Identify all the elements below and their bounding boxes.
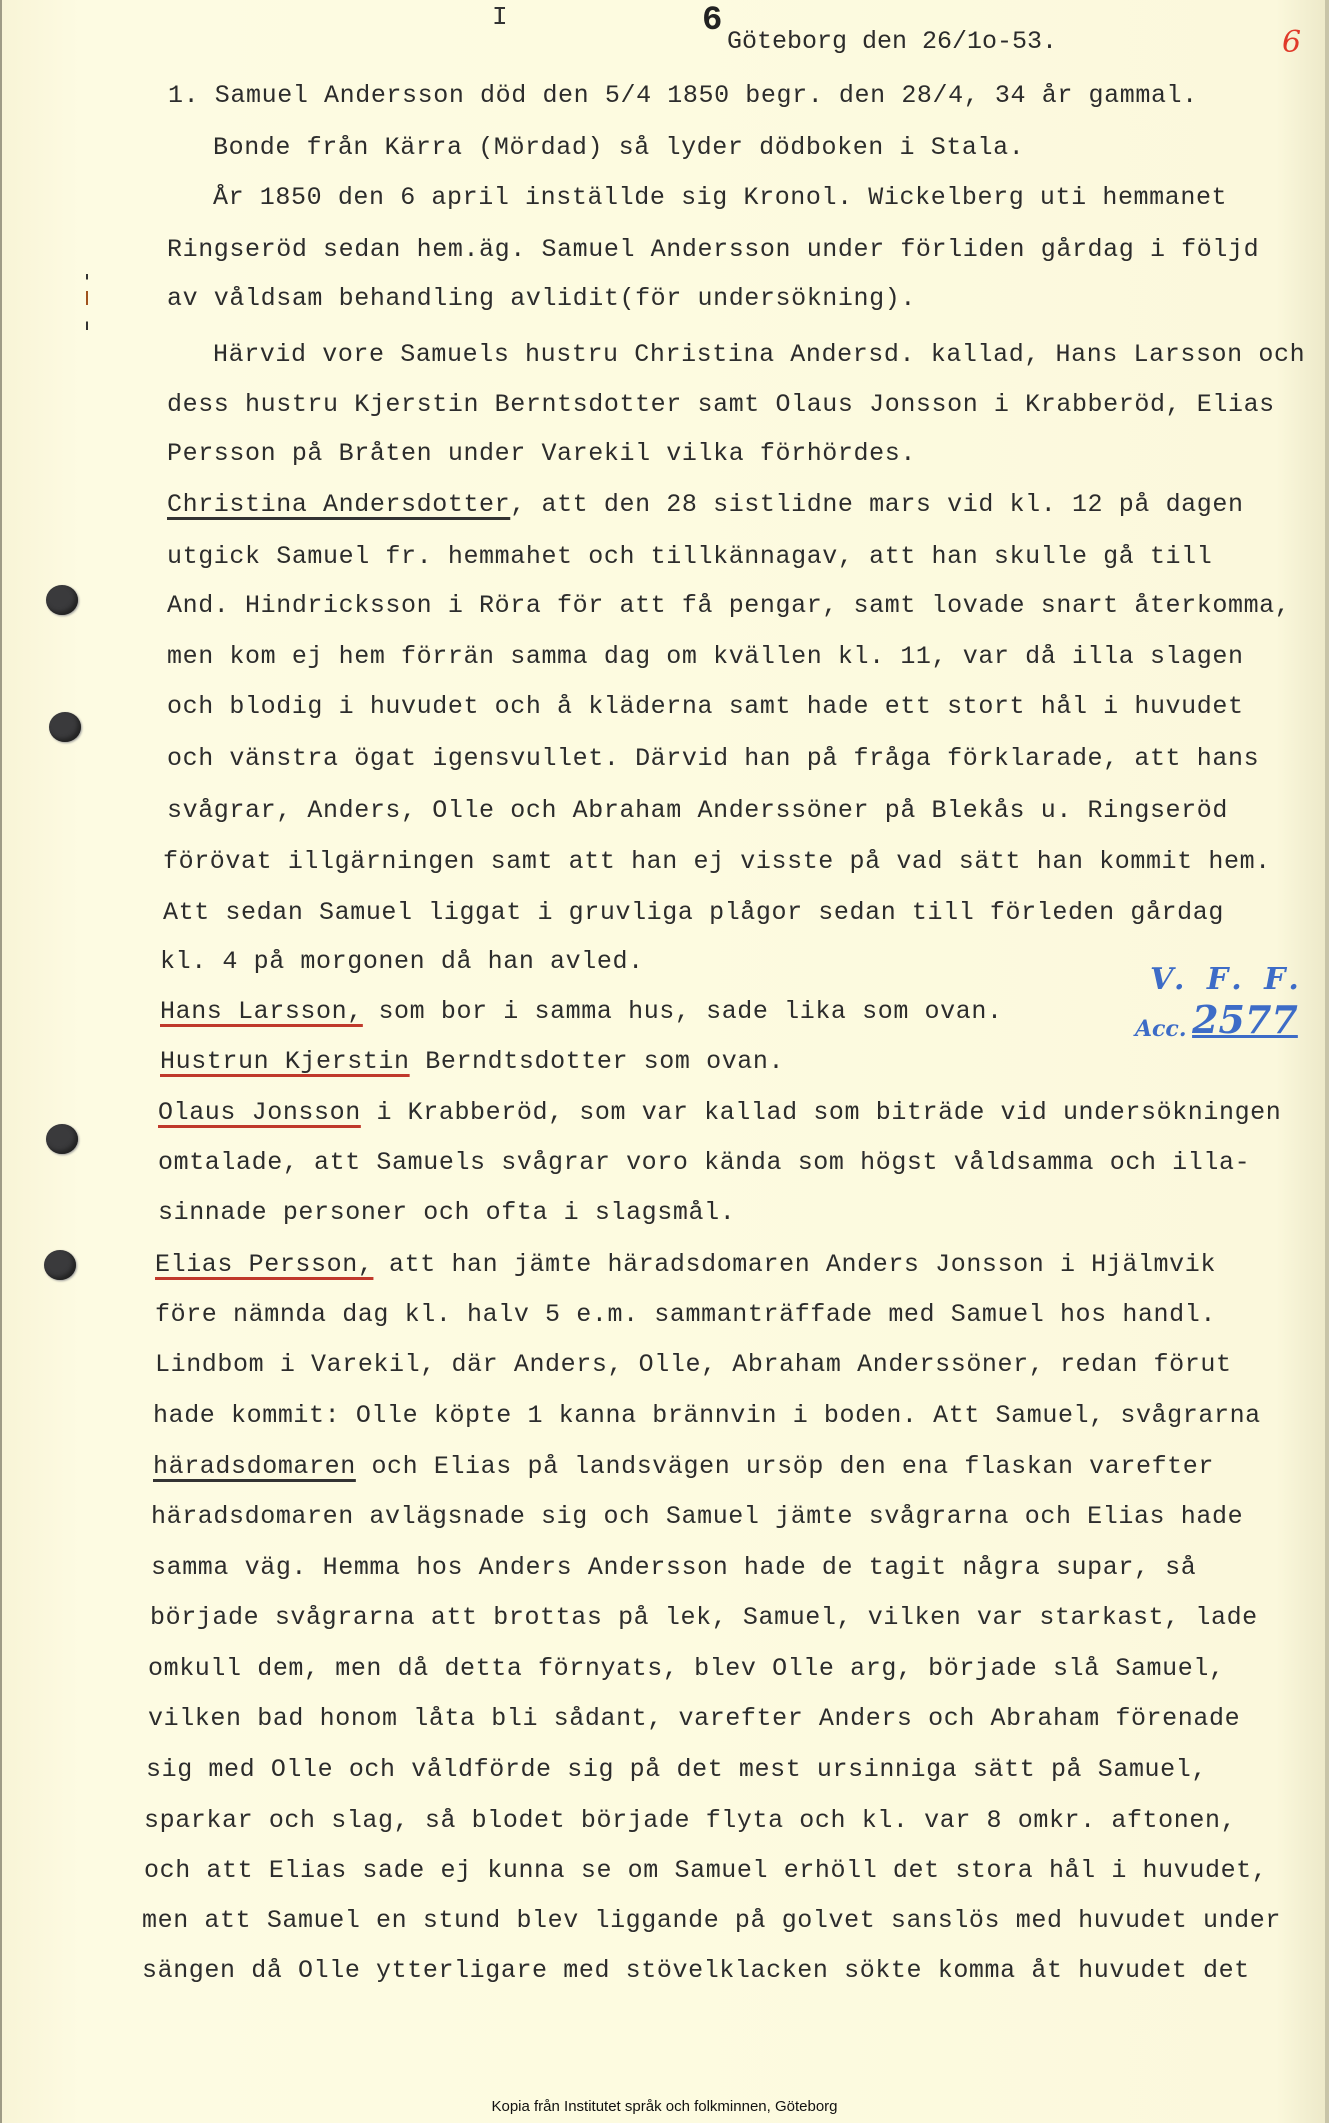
text-line: började svågrarna att brottas på lek, Sa… [150,1603,1258,1632]
witness-name: Olaus Jonsson [158,1098,361,1127]
text-line: häradsdomaren avlägsnade sig och Samuel … [151,1502,1243,1531]
text-line: omtalade, att Samuels svågrar voro kända… [158,1148,1250,1177]
text-line: sängen då Olle ytterligare med stövelkla… [142,1956,1250,1985]
text-line: Härvid vore Samuels hustru Christina And… [213,340,1305,369]
roman-numeral: I [492,2,508,32]
stamp-line-1: V. F. F. [1150,962,1305,997]
text-line: And. Hindricksson i Röra för att få peng… [167,591,1290,620]
text-line: förövat illgärningen samt att han ej vis… [163,847,1271,876]
scan-left-edge [0,0,2,2123]
text-line: och att Elias sade ej kunna se om Samuel… [144,1856,1267,1885]
text-line: Ringseröd sedan hem.äg. Samuel Andersson… [167,235,1259,264]
text-line: och blodig i huvudet och å kläderna samt… [167,692,1244,721]
underlined-word: häradsdomaren [153,1452,356,1481]
text-line: kl. 4 på morgonen då han avled. [160,947,644,976]
text-line: sinnade personer och ofta i slagsmål. [158,1198,735,1227]
witness-name: Elias Persson, [155,1250,373,1279]
punch-hole-icon [46,585,78,615]
copy-footer: Kopia från Institutet språk och folkminn… [0,2098,1329,2115]
text-line: vilken bad honom låta bli sådant, vareft… [148,1704,1240,1733]
text-line: och vänstra ögat igensvullet. Därvid han… [167,744,1259,773]
text-line: häradsdomaren och Elias på landsvägen ur… [153,1452,1214,1481]
witness-name: Christina Andersdotter [167,490,510,519]
punch-hole-icon [46,1124,78,1154]
text-line: Elias Persson, att han jämte häradsdomar… [155,1250,1216,1279]
text-line: sig med Olle och våldförde sig på det me… [146,1755,1207,1784]
stamp-prefix: Acc. [1135,1016,1187,1042]
punch-hole-icon [49,712,81,742]
text-line: Att sedan Samuel liggat i gruvliga plågo… [163,898,1224,927]
text-line: Persson på Bråten under Varekil vilka fö… [167,439,916,468]
handwritten-page-number: 6 [1282,25,1301,60]
text-line: omkull dem, men då detta förnyats, blev … [148,1654,1225,1683]
margin-mark [86,274,88,330]
text-line: Bonde från Kärra (Mördad) så lyder dödbo… [213,133,1024,162]
text-line: dess hustru Kjerstin Berntsdotter samt O… [167,390,1275,419]
archive-stamp: V. F. F. Acc. 2577 [1128,962,1305,1042]
scan-right-edge [1325,0,1329,2123]
text-line: men att Samuel en stund blev liggande på… [142,1906,1281,1935]
text-line: samma väg. Hemma hos Anders Andersson ha… [151,1553,1196,1582]
stamp-number: 2577 [1192,997,1298,1042]
typed-page-number: 6 [702,2,722,40]
witness-name: Hustrun Kjerstin [160,1047,410,1076]
text-line: 1. Samuel Andersson död den 5/4 1850 beg… [168,81,1198,110]
text-line: År 1850 den 6 april inställde sig Kronol… [213,183,1227,212]
text-line: Christina Andersdotter, att den 28 sistl… [167,490,1244,519]
text-line: Olaus Jonsson i Krabberöd, som var kalla… [158,1098,1281,1127]
document-page: I 6 Göteborg den 26/1o-53. 6 1. Samuel A… [0,0,1329,2123]
text-line: av våldsam behandling avlidit(för unders… [167,284,916,313]
text-line: sparkar och slag, så blodet började flyt… [144,1806,1236,1835]
text-line: hade kommit: Olle köpte 1 kanna brännvin… [153,1401,1261,1430]
text-line: utgick Samuel fr. hemmahet och tillkänna… [167,542,1212,571]
text-line: svågrar, Anders, Olle och Abraham Anders… [167,796,1228,825]
text-line: Lindbom i Varekil, där Anders, Olle, Abr… [155,1350,1232,1379]
text-line: före nämnda dag kl. halv 5 e.m. sammantr… [155,1300,1216,1329]
punch-hole-icon [44,1250,76,1280]
date-line: Göteborg den 26/1o-53. [727,27,1057,56]
text-line: Hustrun Kjerstin Berndtsdotter som ovan. [160,1047,784,1076]
text-line: men kom ej hem förrän samma dag om kväll… [167,642,1244,671]
witness-name: Hans Larsson, [160,997,363,1026]
text-line: Hans Larsson, som bor i samma hus, sade … [160,997,1003,1026]
